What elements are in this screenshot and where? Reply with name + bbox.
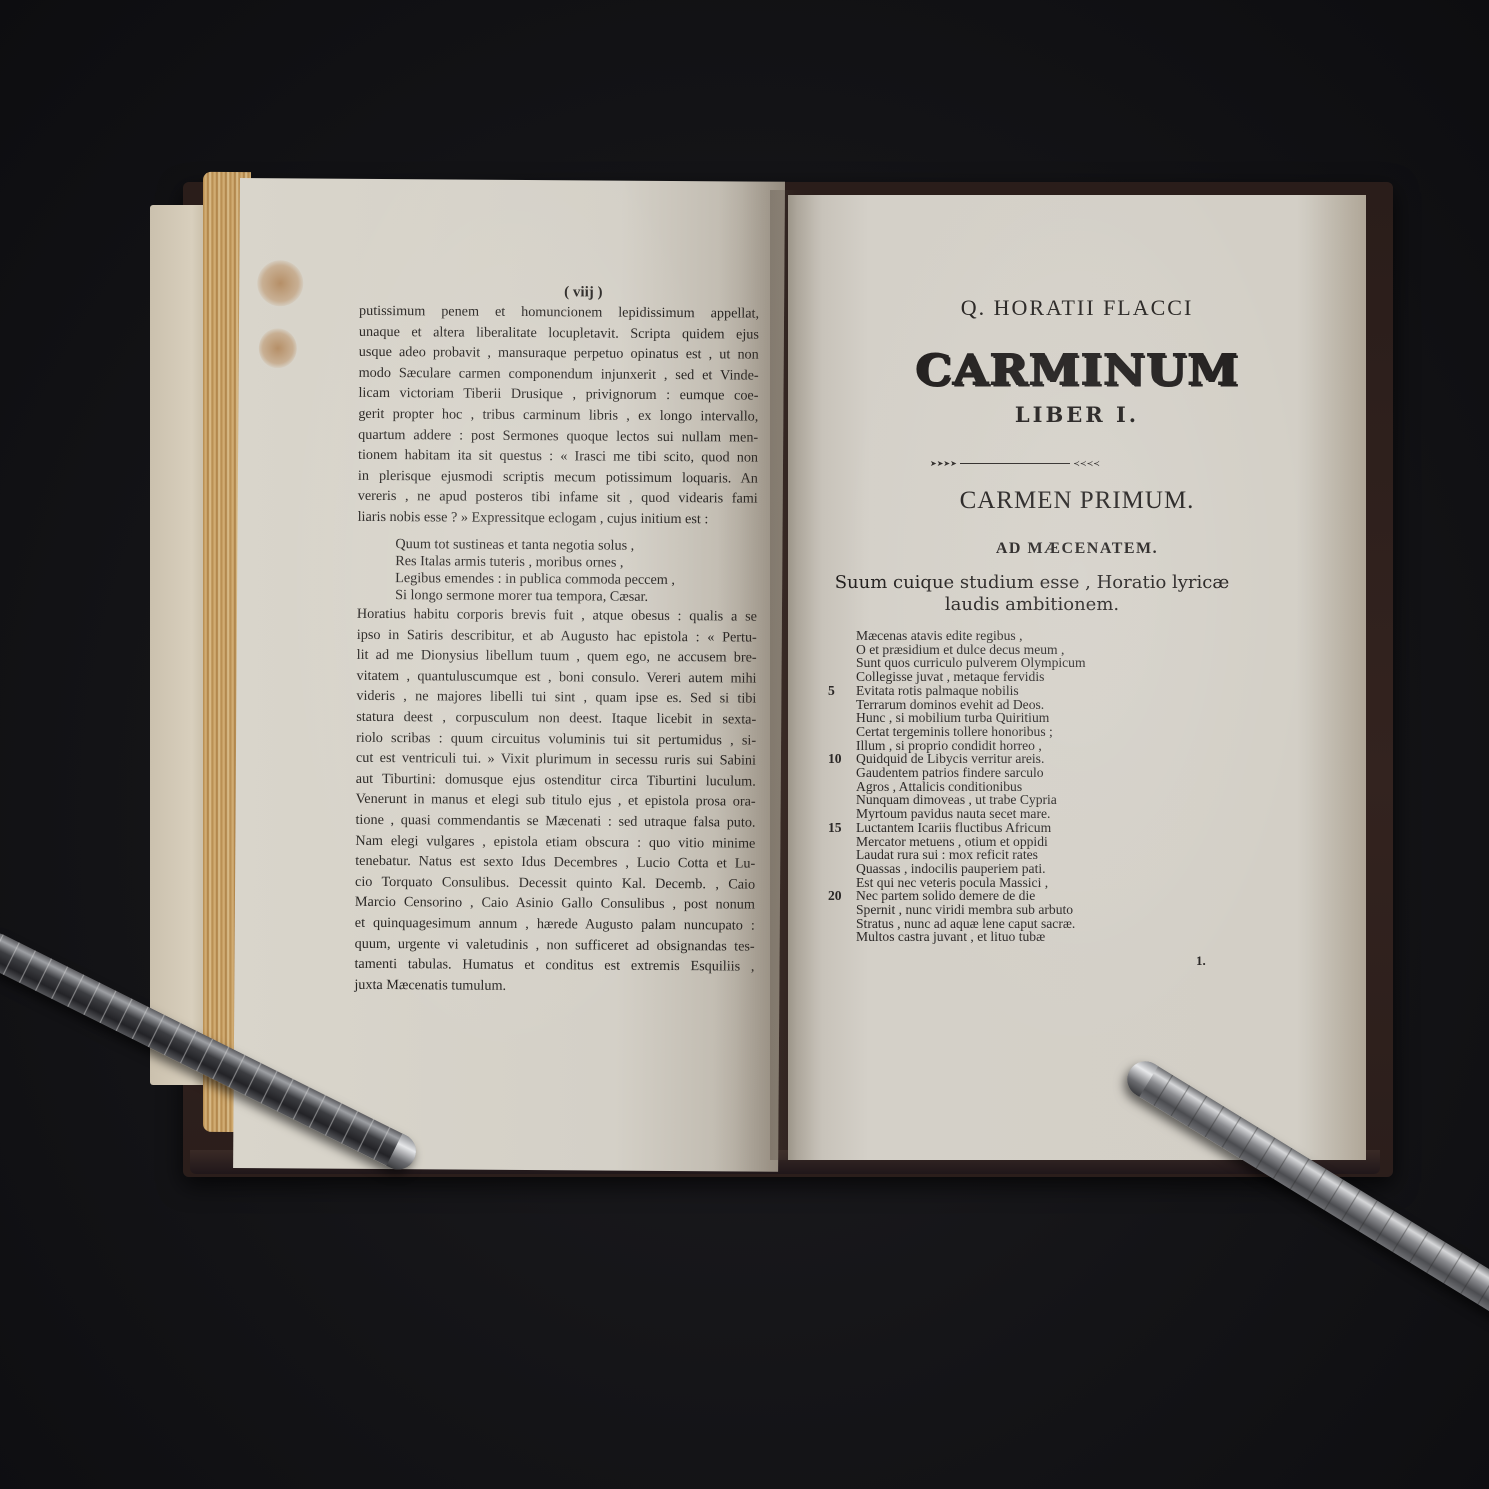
biography-paragraph-1: putissimum penem et homuncionem lepidiss…	[358, 301, 760, 530]
poem-line: 10Quidquid de Libycis verritur areis.	[828, 752, 1086, 766]
poem-line: O et præsidium et dulce decus meum ,	[828, 643, 1086, 657]
rule-line	[960, 463, 1070, 464]
poem-title: CARMEN PRIMUM.	[788, 487, 1366, 515]
text-line: tionem habitam ita sit questus : « Irasc…	[358, 445, 758, 468]
poem-line: Terrarum dominos evehit ad Deos.	[828, 698, 1086, 712]
poem-line: Nunquam dimoveas , ut trabe Cypria	[828, 793, 1086, 807]
book-title: CARMINUM	[788, 345, 1366, 395]
poem-line: 15Luctantem Icariis fluctibus Africum	[828, 821, 1086, 835]
poem-line: 20Nec partem solido demere de die	[828, 889, 1086, 903]
text-line: licam victoriam Tiberii Drusique , privi…	[358, 383, 758, 406]
text-line: gerit propter hoc , tribus carminum libr…	[358, 404, 758, 427]
text-line: tenebatur. Natus est sexto Idus Decembre…	[355, 851, 755, 874]
verse-line: Quum tot sustineas et tanta negotia solu…	[395, 536, 675, 555]
text-line: Nam elegi vulgares , epistola etiam obsc…	[355, 830, 755, 853]
poem-line: 5Evitata rotis palmaque nobilis	[828, 684, 1086, 698]
poem-line: Mercator metuens , otium et oppidi	[828, 835, 1086, 849]
biography-paragraph-2: Horatius habitu corporis brevis fuit , a…	[354, 604, 757, 998]
poem-dedication: AD MÆCENATEM.	[788, 540, 1366, 558]
poem-line: Myrtoum pavidus nauta secet mare.	[828, 807, 1086, 821]
gutter-shadow	[770, 190, 815, 1160]
poem-body: Mæcenas atavis edite regibus , O et præs…	[828, 629, 1086, 944]
text-line: putissimum penem et homuncionem lepidiss…	[359, 301, 759, 324]
photo-scene: ( viij ) putissimum penem et homuncionem…	[0, 0, 1489, 1489]
right-page: Q. HORATII FLACCI CARMINUM LIBER I. ➤➤➤➤…	[788, 195, 1366, 1160]
poem-line: Gaudentem patrios findere sarculo	[828, 766, 1086, 780]
foxing-stain	[259, 328, 297, 368]
poem-line: Quassas , indocilis pauperiem pati.	[828, 862, 1086, 876]
text-line: et quinquagesimum annum , hærede Augusto…	[355, 913, 755, 936]
text-line: juxta Mæcenatis tumulum.	[354, 975, 754, 998]
text-line: cio Torquato Consulibus. Decessit quinto…	[355, 872, 755, 895]
poem-line: Stratus , nunc ad aquæ lene caput sacræ.	[828, 917, 1086, 931]
left-page: ( viij ) putissimum penem et homuncionem…	[233, 178, 785, 1172]
text-line: Marcio Censorino , Caio Asinio Gallo Con…	[355, 892, 755, 915]
text-line: Venerunt in manus et elegi sub titulo ej…	[356, 789, 756, 812]
verse-line: Legibus emendes : in publica commoda pec…	[395, 570, 675, 589]
text-line: videris , ne majores libelli tui sint , …	[356, 686, 756, 709]
text-line: aut Tiburtini: domusque ejus ostenditur …	[356, 769, 756, 792]
text-line: cut est ventriculi tui. » Vixit plurimum…	[356, 748, 756, 771]
text-line: in plerisque ejusmodi scriptis mecum pot…	[358, 466, 758, 489]
arrow-ornament-icon: ➤➤➤➤	[930, 459, 957, 468]
arrow-ornament-icon: ≺≺≺≺	[1073, 459, 1100, 468]
poem-line: Illum , si proprio condidit horreo ,	[828, 739, 1086, 753]
text-line: modo Sæculare carmen componendum injunxe…	[359, 363, 759, 386]
text-line: quum, urgente vi valetudinis , non suffi…	[355, 933, 755, 956]
text-line: vitatem , quantuluscumque est , boni con…	[356, 666, 756, 689]
text-line: liaris nobis esse ? » Expressitque eclog…	[358, 507, 758, 530]
poem-line: Hunc , si mobilium turba Quiritium	[828, 711, 1086, 725]
quoted-verse: Quum tot sustineas et tanta negotia solu…	[395, 536, 675, 606]
poem-line: Multos castra juvant , et lituo tubæ	[828, 930, 1086, 944]
poem-line: Certat tergeminis tollere honoribus ;	[828, 725, 1086, 739]
text-line: lit ad me Dionysius libellum tuum , quem…	[357, 645, 757, 668]
ornamental-rule: ➤➤➤➤ ≺≺≺≺	[930, 461, 1100, 465]
text-line: Horatius habitu corporis brevis fuit , a…	[357, 604, 757, 627]
poem-line: Est qui nec veteris pocula Massici ,	[828, 876, 1086, 890]
poem-line: Laudat rura sui : mox reficit rates	[828, 848, 1086, 862]
foxing-stain	[257, 260, 303, 306]
verse-line: Si longo sermone morer tua tempora, Cæsa…	[395, 587, 675, 606]
text-line: unaque et altera liberalitate locupletav…	[359, 321, 759, 344]
text-line: tamenti tabulas. Humatus et conditus est…	[354, 954, 754, 977]
text-line: quartum addere : post Sermones quoque le…	[358, 424, 758, 447]
poem-line: Spernit , nunc viridi membra sub arbuto	[828, 903, 1086, 917]
poem-argument: Suum cuique studium esse , Horatio lyric…	[808, 572, 1256, 616]
poem-line: Sunt quos curriculo pulverem Olympicum	[828, 656, 1086, 670]
text-line: tione , quasi commendantis se Mæcenati :…	[355, 810, 755, 833]
book-number: LIBER I.	[788, 402, 1366, 427]
text-line: riolo scribas : quum circuitus voluminis…	[356, 727, 756, 750]
poem-line: Mæcenas atavis edite regibus ,	[828, 629, 1086, 643]
verse-line: Res Italas armis tuteris , moribus ornes…	[395, 553, 675, 572]
text-line: statura deest , corpusculum non deest. I…	[356, 707, 756, 730]
author-heading: Q. HORATII FLACCI	[788, 295, 1366, 321]
page-number: ( viij )	[564, 284, 602, 301]
poem-line: Agros , Attalicis conditionibus	[828, 780, 1086, 794]
text-line: vereris , ne apud posteros tibi infame s…	[358, 486, 758, 509]
text-line: ipso in Satiris describitur, et ab Augus…	[357, 624, 757, 647]
signature-mark: 1.	[1196, 953, 1206, 969]
text-line: usque adeo probavit , mansuraque perpetu…	[359, 342, 759, 365]
poem-line: Collegisse juvat , metaque fervidis	[828, 670, 1086, 684]
